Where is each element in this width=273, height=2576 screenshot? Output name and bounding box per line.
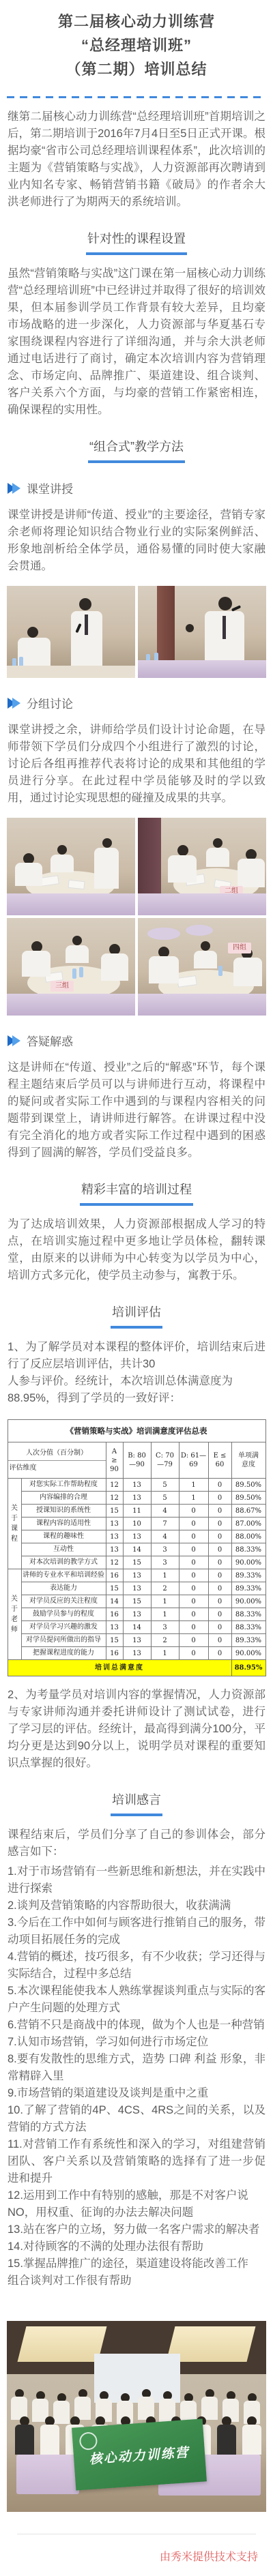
photo-group-final: 核心动力训练营: [7, 2321, 266, 2512]
table-row: 授课知识的系统性151140088.67%: [8, 1505, 265, 1518]
subheader-qa: 答疑解惑: [8, 1032, 265, 1049]
section-title: 针对性的课程设置: [86, 231, 187, 255]
title-line-1: 第二届核心动力训练营: [0, 10, 273, 33]
evaluation-point1: 1、为了解学员对本课程的整体评价，培训结束后进行了反应层培训评估，共计30 人参…: [8, 1339, 265, 1407]
intro-paragraph: 继第二届核心动力训练营“总经理培训班”首期培训之后，第二期培训于2016年7月4…: [8, 108, 265, 211]
double-arrow-icon: [12, 483, 20, 494]
banner-text: 核心动力训练营: [89, 2442, 190, 2467]
testimonials-list: 1.对于市场营销有一些新思维和新想法，并在实践中进行探索2.谈判及营销策略的内容…: [8, 1863, 265, 2290]
testimonial-item: 10.了解了营销的4P、4CS、4RS之间的关系，以及营销的方式方法: [8, 2102, 265, 2136]
table-col-e: E ≤ 60: [208, 1442, 231, 1479]
testimonial-item: 1.对于市场营销有一些新思维和新想法，并在实践中进行探索: [8, 1863, 265, 1897]
testimonial-item: 14.对待顾客的不满的处理办法很有帮助: [8, 2238, 265, 2255]
title-line-3: （第二期）培训总结: [0, 57, 273, 81]
evaluation-point1-line1: 1、为了解学员对本课程的整体评价，培训结束后进行了反应层培训评估，共计30: [8, 1339, 265, 1373]
table-col-a: A ≥ 90: [106, 1442, 123, 1479]
testimonial-item: 11.对营销工作有系统性和深入的学习，对组建营销团队、客户关系以及营销策略的选择…: [8, 2136, 265, 2187]
table-total-row: 培训总满意度 88.95%: [8, 1660, 265, 1676]
subheader-label: 分组讨论: [27, 694, 73, 711]
testimonial-item: 12.运用到工作中有特别的感触，那是不对客户说 NO，用权重、征询的办法去解决问…: [8, 2187, 265, 2221]
table-total-value: 88.95%: [231, 1660, 265, 1676]
double-arrow-icon: [12, 698, 20, 709]
table-col-b: B: 80 —90: [123, 1442, 151, 1479]
section-header-targeted: 针对性的课程设置: [0, 231, 273, 255]
title-line-2: “总经理培训班”: [0, 33, 273, 57]
targeted-paragraph: 虽然“营销策略与实战”这门课在第一届核心动力训练营“总经理培训班”中已经讲过并取…: [8, 265, 265, 419]
table-col-c: C: 70 —79: [151, 1442, 179, 1479]
evaluation-point2: 2、为考量学员对培训内容的掌握情况，人力资源部与专家讲师沟通并委托讲师设计了测试…: [8, 1687, 265, 1772]
table-row-group-label: 关于课程: [8, 1479, 21, 1569]
section-header-process: 精彩丰富的培训过程: [0, 1182, 273, 1206]
group-label-3: 三组: [51, 981, 74, 992]
testimonial-item: 7.认知市场营销，学习如何进行市场定位: [8, 2034, 265, 2051]
testimonial-item: 4.营销的概述，技巧很多，有不少收获；学习还得与实际结合，过程中多总结: [8, 1949, 265, 1983]
double-arrow-icon: [12, 1035, 20, 1046]
eval-table-body: 关于课程对您实际工作帮助程度121351089.50%内容编排的合理121351…: [8, 1479, 265, 1660]
table-row: 把握课程进度的能力161310090.00%: [8, 1647, 265, 1660]
table-row: 鼓励学员参与的程度161310088.33%: [8, 1608, 265, 1621]
dashed-divider: [7, 96, 266, 98]
table-col-d: D: 61— 69: [179, 1442, 208, 1479]
testimonial-item: 8.要有发散性的思维方式，造势 口碑 利益 形象，非常精辟入里: [8, 2051, 265, 2085]
lecture-paragraph: 课堂讲授是讲师“传道、授业”的主要途径，营销专家余老师将理论知识结合物业行业的实…: [8, 507, 265, 575]
subheader-discussion: 分组讨论: [8, 694, 265, 711]
table-corner-cell: 人次分值（百分制） 评估维度: [8, 1442, 106, 1479]
photo-lecture-speaker-mic: [138, 586, 266, 678]
table-row: 表达能力151320089.33%: [8, 1582, 265, 1595]
table-corner-bottom: 评估维度: [8, 1460, 106, 1474]
table-row: 关于课程对您实际工作帮助程度121351089.50%: [8, 1479, 265, 1492]
eval-table-head-body: 《营销策略与实战》培训满意度评估总表 人次分值（百分制） 评估维度 A ≥ 90…: [8, 1420, 265, 1479]
testimonial-item: 5.本次课程能使我本人熟练掌握谈判重点与实际的客户产生问题的处理方式: [8, 1983, 265, 2017]
subheader-label: 课堂讲授: [27, 479, 73, 497]
discussion-photo-grid: 二组 三组 四: [7, 818, 266, 1016]
table-row: 课程内容的适用性131070087.00%: [8, 1518, 265, 1530]
section-title: 培训感言: [111, 1792, 162, 1816]
lecture-photo-row: [7, 586, 266, 678]
table-row: 对本次培训的教学方式121530090.00%: [8, 1556, 265, 1569]
table-row: 对学员学习兴趣的激发131430088.33%: [8, 1621, 265, 1634]
subheader-label: 答疑解惑: [27, 1032, 73, 1049]
photo-discussion-group1: [7, 818, 135, 915]
section-title: 培训评估: [111, 1305, 162, 1329]
page-title: 第二届核心动力训练营 “总经理培训班” （第二期）培训总结: [0, 0, 273, 81]
table-row: 关于老师讲师的专业水平和培训经验161310089.33%: [8, 1569, 265, 1582]
group-label-4: 四组: [228, 943, 251, 953]
training-camp-banner: 核心动力训练营: [72, 2418, 207, 2490]
photo-discussion-group4: 四组: [138, 918, 266, 1016]
section-header-evaluation: 培训评估: [0, 1305, 273, 1329]
article-page: 第二届核心动力训练营 “总经理培训班” （第二期）培训总结 继第二届核心动力训练…: [0, 0, 273, 2576]
testimonial-item: 3.今后在工作中如何与顾客进行推销自己的服务，带动项目拓展任务的完成: [8, 1914, 265, 1949]
process-paragraph: 为了达成培训效果，人力资源部根据成人学习的特点，在培训实施过程中更多地让学员体检…: [8, 1216, 265, 1284]
testimonial-item: 2.谈判及营销策略的内容帮助很大，收获满满: [8, 1897, 265, 1914]
section-header-testimonials: 培训感言: [0, 1792, 273, 1816]
evaluation-point1-line2: 人参与评价。经统计，本次培训总体满意度为: [8, 1373, 265, 1390]
testimonials-lead: 课程结束后，学员们分享了自己的参训体会，部分感言如下：: [8, 1826, 265, 1861]
testimonial-item: 9.市场营销的渠道建设及谈判是重中之重: [8, 2085, 265, 2102]
table-row: 对学员反应的关注程度141510090.00%: [8, 1595, 265, 1608]
qa-paragraph: 这是讲师在“传道、授业”之后的“解惑”环节，每个课程主题结束后学员可以与讲师进行…: [8, 1059, 265, 1161]
satisfaction-table: 《营销策略与实战》培训满意度评估总表 人次分值（百分制） 评估维度 A ≥ 90…: [8, 1419, 266, 1676]
table-row: 对学员提问所做出的指导151320089.33%: [8, 1634, 265, 1647]
discussion-paragraph: 课堂讲授之余，讲师给学员们设计讨论命题，在导师带领下学员们分成四个小组进行了激烈…: [8, 722, 265, 807]
table-row: 内容编排的合理121351089.50%: [8, 1492, 265, 1505]
subheader-lecture: 课堂讲授: [8, 479, 265, 497]
testimonial-item: 13.站在客户的立场，努力做一名客户需求的解决者: [8, 2221, 265, 2238]
table-col-pct: 单项满 意度: [231, 1442, 265, 1479]
table-row: 互动性131430088.33%: [8, 1543, 265, 1556]
table-title: 《营销策略与实战》培训满意度评估总表: [8, 1420, 265, 1442]
photo-lecture-speaker-standing: [7, 586, 135, 678]
section-title: “组合式”教学方法: [88, 439, 185, 463]
section-header-methods: “组合式”教学方法: [0, 439, 273, 463]
table-total-label: 培训总满意度: [8, 1660, 231, 1676]
testimonial-item: 15.掌握品牌推广的途径，渠道建设将能改善工作 组合谈判对工作很有帮助: [8, 2255, 265, 2290]
section-title: 精彩丰富的培训过程: [80, 1182, 193, 1206]
photo-discussion-group2: 二组: [138, 818, 266, 915]
footer-divider: [17, 2534, 256, 2534]
table-corner-top: 人次分值（百分制）: [8, 1447, 106, 1460]
photo-discussion-group3: 三组: [7, 918, 135, 1016]
table-row-group-label: 关于老师: [8, 1569, 21, 1660]
testimonial-item: 6.营销不只是商战中的体现，做为个人也是一种营销: [8, 2017, 265, 2034]
evaluation-point1-line3: 88.95%，得到了学员的一致好评：: [8, 1390, 265, 1407]
table-row: 课程的趣味性131340088.00%: [8, 1530, 265, 1543]
footer-credit-link[interactable]: 由秀米提供技术支持: [0, 2548, 258, 2564]
